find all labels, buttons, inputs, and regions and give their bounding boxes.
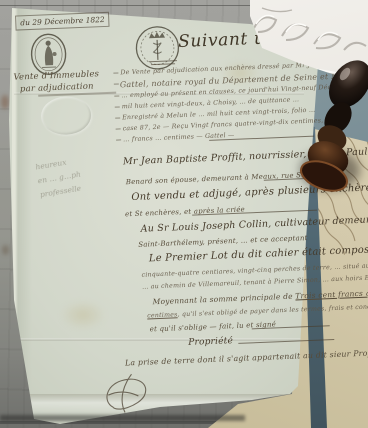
wax-seal-stamp	[296, 36, 368, 196]
margin-tick	[115, 106, 120, 107]
date-box: du 29 Décembre 1822	[15, 12, 110, 31]
buyer-line-2: Saint-Barthélemy, présent, … et ce accep…	[138, 234, 308, 249]
property-line: La prise de terre dont il s'agit apparte…	[125, 348, 368, 367]
margin-tick	[116, 139, 121, 140]
section-label: Propriété	[188, 336, 233, 348]
price-line: Moyennant la somme principale de Trois c…	[152, 286, 368, 306]
margin-tick	[115, 117, 120, 118]
margin-tick	[113, 72, 118, 73]
margin-note-1: Vente d'Immeubles	[13, 69, 99, 82]
intro-line: … francs … centimes — Gattel —	[123, 132, 235, 143]
blind-embossed-stamp	[40, 96, 91, 136]
buyer-line-1: Au Sr Louis Joseph Collin, cultivateur d…	[140, 213, 368, 234]
ruled-line	[238, 339, 334, 344]
date-label: du 29 Décembre 1822	[20, 15, 105, 27]
margin-tick	[114, 95, 119, 96]
margin-tick	[116, 128, 121, 129]
price-cont-underlined: centimes	[147, 311, 178, 319]
price-amount: Trois cent francs quarante-quinze	[295, 286, 368, 300]
pencil-margin-note: heureux en … g…ph professelle	[34, 154, 84, 202]
sale-line-2: et St enchères, et après la criée	[125, 206, 245, 219]
closing-line: et qu'il s'oblige — fait, lu et signé	[150, 320, 277, 333]
signature-paraph-icon	[97, 369, 163, 418]
price-prefix: Moyennant la somme principale de	[152, 292, 295, 307]
photo-scene: du 29 Décembre 1822 Suivant un procès ve…	[0, 0, 368, 428]
margin-tick	[114, 83, 119, 84]
